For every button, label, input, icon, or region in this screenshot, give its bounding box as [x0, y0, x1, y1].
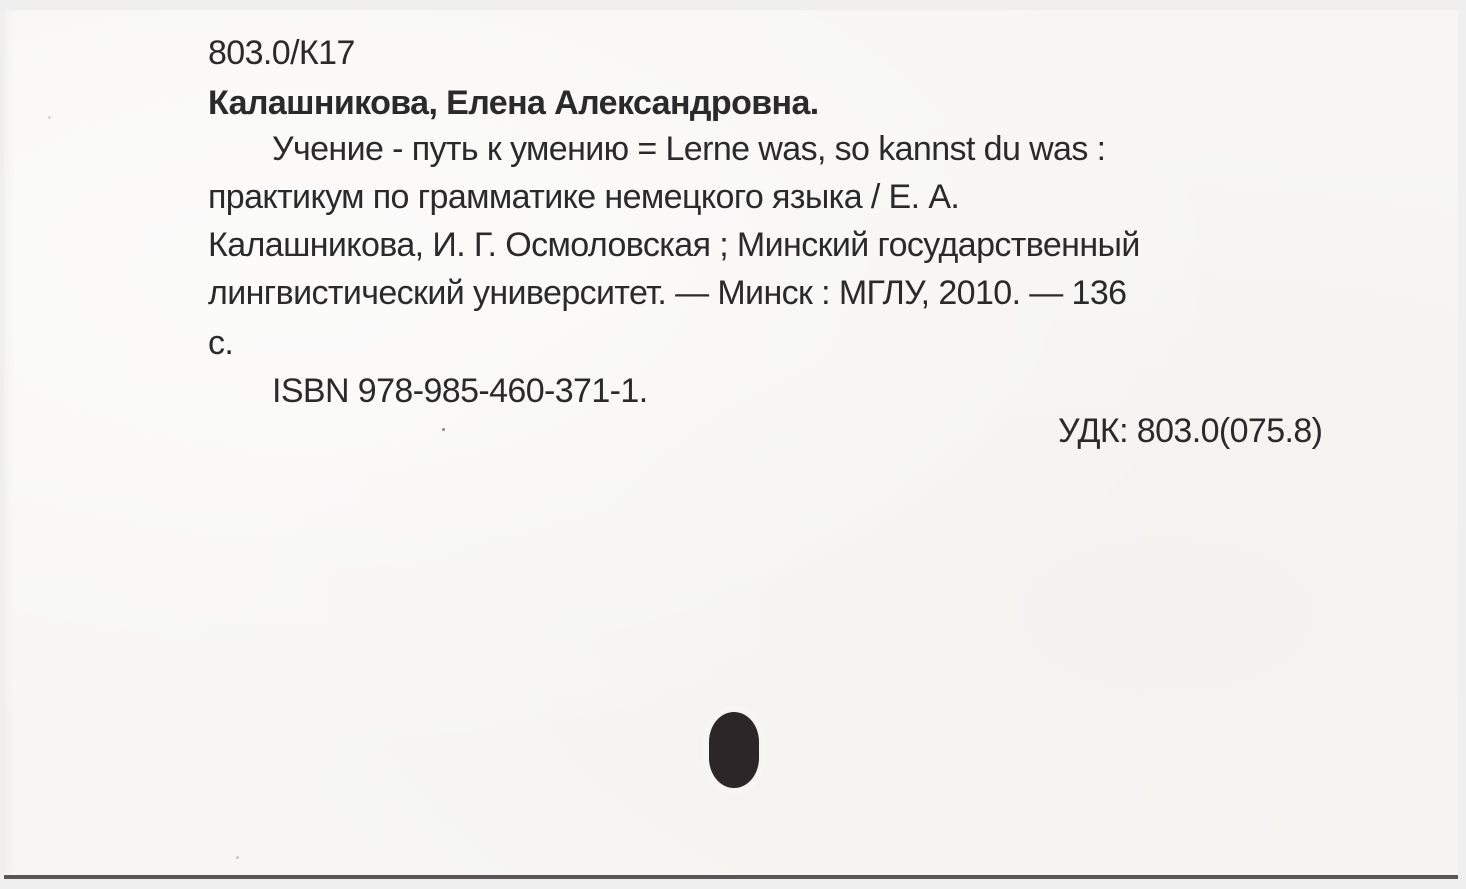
isbn: ISBN 978-985-460-371-1.: [272, 374, 648, 408]
catalog-card: 803.0/К17 Калашникова, Елена Александров…: [4, 10, 1458, 879]
author-heading: Калашникова, Елена Александровна.: [208, 86, 819, 120]
paper-speck: [48, 116, 51, 119]
card-punch-hole: [709, 712, 759, 788]
title-line-2: практикум по грамматике немецкого языка …: [208, 180, 959, 214]
paper-speck: [442, 428, 445, 431]
title-line-3: Калашникова, И. Г. Осмоловская ; Минский…: [208, 228, 1140, 262]
title-line-1: Учение - путь к умению = Lerne was, so k…: [272, 132, 1105, 166]
title-line-5: с.: [208, 326, 233, 360]
call-number: 803.0/К17: [208, 36, 355, 70]
title-line-4: лингвистический университет. — Минск : М…: [208, 276, 1126, 310]
udc-code: УДК: 803.0(075.8): [1058, 414, 1322, 448]
paper-speck: [236, 856, 239, 859]
